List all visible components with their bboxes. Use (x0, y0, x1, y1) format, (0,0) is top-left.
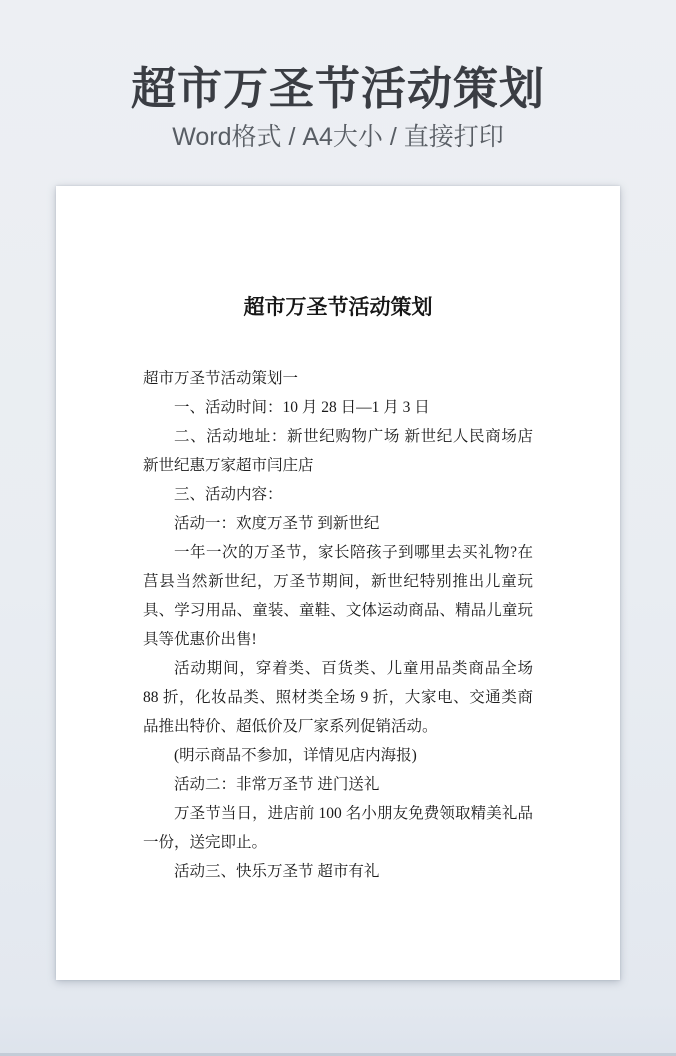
document-title: 超市万圣节活动策划 (56, 186, 620, 322)
doc-paragraph: 超市万圣节活动策划一 (143, 364, 533, 393)
doc-paragraph: 活动三、快乐万圣节 超市有礼 (143, 857, 533, 886)
doc-paragraph: (明示商品不参加，详情见店内海报) (143, 741, 533, 770)
doc-paragraph: 一、活动时间：10 月 28 日—1 月 3 日 (143, 393, 533, 422)
doc-paragraph: 一年一次的万圣节，家长陪孩子到哪里去买礼物?在莒县当然新世纪，万圣节期间，新世纪… (143, 538, 533, 654)
page-subtitle: Word格式 / A4大小 / 直接打印 (0, 120, 676, 154)
document-paper-preview: 超市万圣节活动策划 超市万圣节活动策划一一、活动时间：10 月 28 日—1 月… (56, 186, 620, 980)
doc-paragraph: 活动二：非常万圣节 进门送礼 (143, 770, 533, 799)
page-header: 超市万圣节活动策划 Word格式 / A4大小 / 直接打印 (0, 0, 676, 154)
doc-paragraph: 二、活动地址：新世纪购物广场 新世纪人民商场店 新世纪惠万家超市闫庄店 (143, 422, 533, 480)
doc-paragraph: 三、活动内容： (143, 480, 533, 509)
template-preview-page: { "page": { "background_top_color": "#ed… (0, 0, 676, 1056)
document-body: 超市万圣节活动策划一一、活动时间：10 月 28 日—1 月 3 日二、活动地址… (143, 364, 533, 886)
doc-paragraph: 万圣节当日，进店前 100 名小朋友免费领取精美礼品一份，送完即止。 (143, 799, 533, 857)
doc-paragraph: 活动期间，穿着类、百货类、儿童用品类商品全场 88 折，化妆品类、照材类全场 9… (143, 654, 533, 741)
doc-paragraph: 活动一：欢度万圣节 到新世纪 (143, 509, 533, 538)
page-title: 超市万圣节活动策划 (0, 60, 676, 118)
